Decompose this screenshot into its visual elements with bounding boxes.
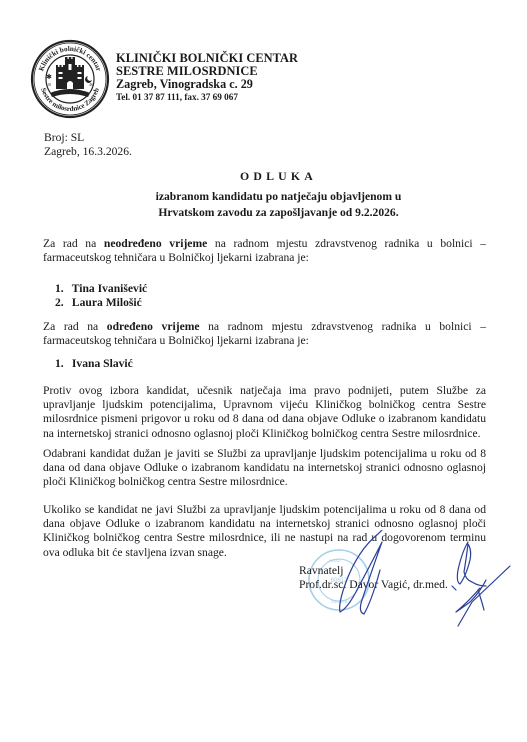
- subtitle-line-1: izabranom kandidatu po natječaju objavlj…: [30, 189, 527, 205]
- objection-paragraph: Protiv ovog izbora kandidat, učesnik nat…: [43, 384, 486, 441]
- place-date: Zagreb, 16.3.2026.: [44, 145, 132, 159]
- svg-text:✱: ✱: [46, 73, 52, 81]
- document-page: Klinički bolnički centar Sestre milosrdn…: [0, 0, 527, 742]
- institution-contact: Tel. 01 37 87 111, fax. 37 69 067: [116, 91, 298, 103]
- document-meta: Broj: SL Zagreb, 16.3.2026.: [44, 131, 132, 159]
- candidate-name: Tina Ivanišević: [72, 282, 147, 295]
- permanent-candidates-list: 1. Tina Ivanišević 2. Laura Milošić: [55, 282, 147, 311]
- subtitle-line-2: Hrvatskom zavodu za zapošljavanje od 9.2…: [30, 205, 527, 221]
- institution-address: Zagreb, Vinogradska c. 29: [116, 78, 298, 91]
- fixed-term-position-paragraph: Za rad na određeno vrijeme na radnom mje…: [43, 320, 486, 348]
- candidate-name: Laura Milošić: [72, 296, 142, 309]
- document-title: ODLUKA: [0, 169, 527, 184]
- svg-text:46: 46: [89, 83, 93, 87]
- candidate-name: Ivana Slavić: [72, 357, 133, 370]
- svg-text:18: 18: [47, 83, 51, 87]
- permanent-position-paragraph: Za rad na neodređeno vrijeme na radnom m…: [43, 237, 486, 265]
- handwritten-signature-icon: [320, 530, 520, 630]
- permanent-term-emphasis: neodređeno vrijeme: [104, 237, 207, 250]
- hospital-seal-icon: Klinički bolnički centar Sestre milosrdn…: [30, 39, 110, 119]
- institution-header: KLINIČKI BOLNIČKI CENTAR SESTRE MILOSRDN…: [116, 52, 298, 103]
- document-subtitle: izabranom kandidatu po natječaju objavlj…: [0, 189, 527, 220]
- reference-number: Broj: SL: [44, 131, 132, 145]
- fixed-term-emphasis: određeno vrijeme: [107, 320, 200, 333]
- list-item: 1. Tina Ivanišević: [55, 282, 147, 296]
- fixed-term-candidates-list: 1. Ivana Slavić: [55, 357, 133, 371]
- list-item: 1. Ivana Slavić: [55, 357, 133, 371]
- report-paragraph: Odabrani kandidat dužan je javiti se Slu…: [43, 447, 486, 490]
- list-item: 2. Laura Milošić: [55, 296, 147, 310]
